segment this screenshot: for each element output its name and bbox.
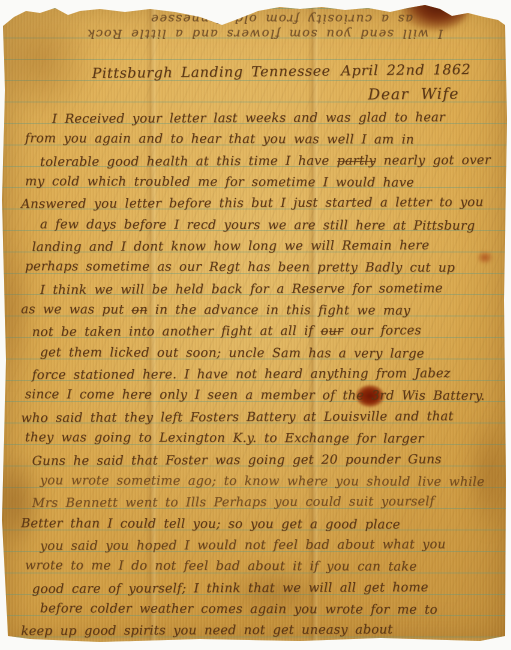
letter-line: Guns he said that Foster was going get 2… xyxy=(16,447,499,470)
letter-line: my cold which troubled me for sometime I… xyxy=(16,170,499,193)
letter-line: Better than I could tell you; so you get… xyxy=(16,512,499,535)
letter-line: good care of yourself; I think that we w… xyxy=(16,576,499,599)
letter-photo: I will send you som flowers and a little… xyxy=(0,0,511,650)
letter-line: not be taken into another fight at all i… xyxy=(16,319,499,342)
letter-body: I Received your letter last weeks and wa… xyxy=(16,107,499,641)
letter-line: from you again and to hear that you was … xyxy=(16,128,499,151)
letter-line: you said you hoped I would not feel bad … xyxy=(16,533,499,556)
letter-line: landing and I dont know how long we will… xyxy=(16,234,499,257)
letter-line: before colder weather comes again you wr… xyxy=(16,597,499,620)
postscript-line: I will send you som flowers and a little… xyxy=(45,27,443,42)
letter-line: get them licked out soon; uncle Sam has … xyxy=(16,341,499,364)
letter-line: Mrs Bennett went to Ills Perhaps you cou… xyxy=(16,490,499,513)
letter-line: they was going to Lexington K.y. to Exch… xyxy=(16,426,499,449)
dateline-date: April 22nd 1862 xyxy=(341,62,471,79)
letter-line: I Received your letter last weeks and wa… xyxy=(16,106,499,129)
letter-line: as we was put o̶n̶ in the advance in thi… xyxy=(16,298,499,321)
letter-line: I think we will be held back for a Reser… xyxy=(16,277,499,300)
letter-line: who said that they left Fosters Battery … xyxy=(16,405,499,428)
postscript-line: as a curiosity from old Tennessee xyxy=(45,12,413,27)
letter-line: keep up good spirits you need not get un… xyxy=(16,618,499,641)
letter-line: perhaps sometime as our Regt has been pr… xyxy=(16,256,499,279)
letter-line: a few days before I recd yours we are st… xyxy=(16,213,499,236)
letter-line: force stationed here. I have not heard a… xyxy=(16,362,499,385)
letter-line: tolerable good health at this time I hav… xyxy=(16,149,499,172)
inverted-postscript: I will send you som flowers and a little… xyxy=(45,12,465,42)
dateline-place: Pittsburgh Landing Tennessee xyxy=(92,63,331,81)
letter-paper: I will send you som flowers and a little… xyxy=(0,0,511,650)
letter-line: you wrote sometime ago; to know where yo… xyxy=(16,469,499,492)
letter-line: wrote to me I do not feel bad about it i… xyxy=(16,554,499,577)
salutation: Dear Wife xyxy=(368,85,459,104)
letter-line: since I come here only I seen a member o… xyxy=(16,384,499,407)
letter-line: Answered you letter before this but I ju… xyxy=(16,191,499,214)
